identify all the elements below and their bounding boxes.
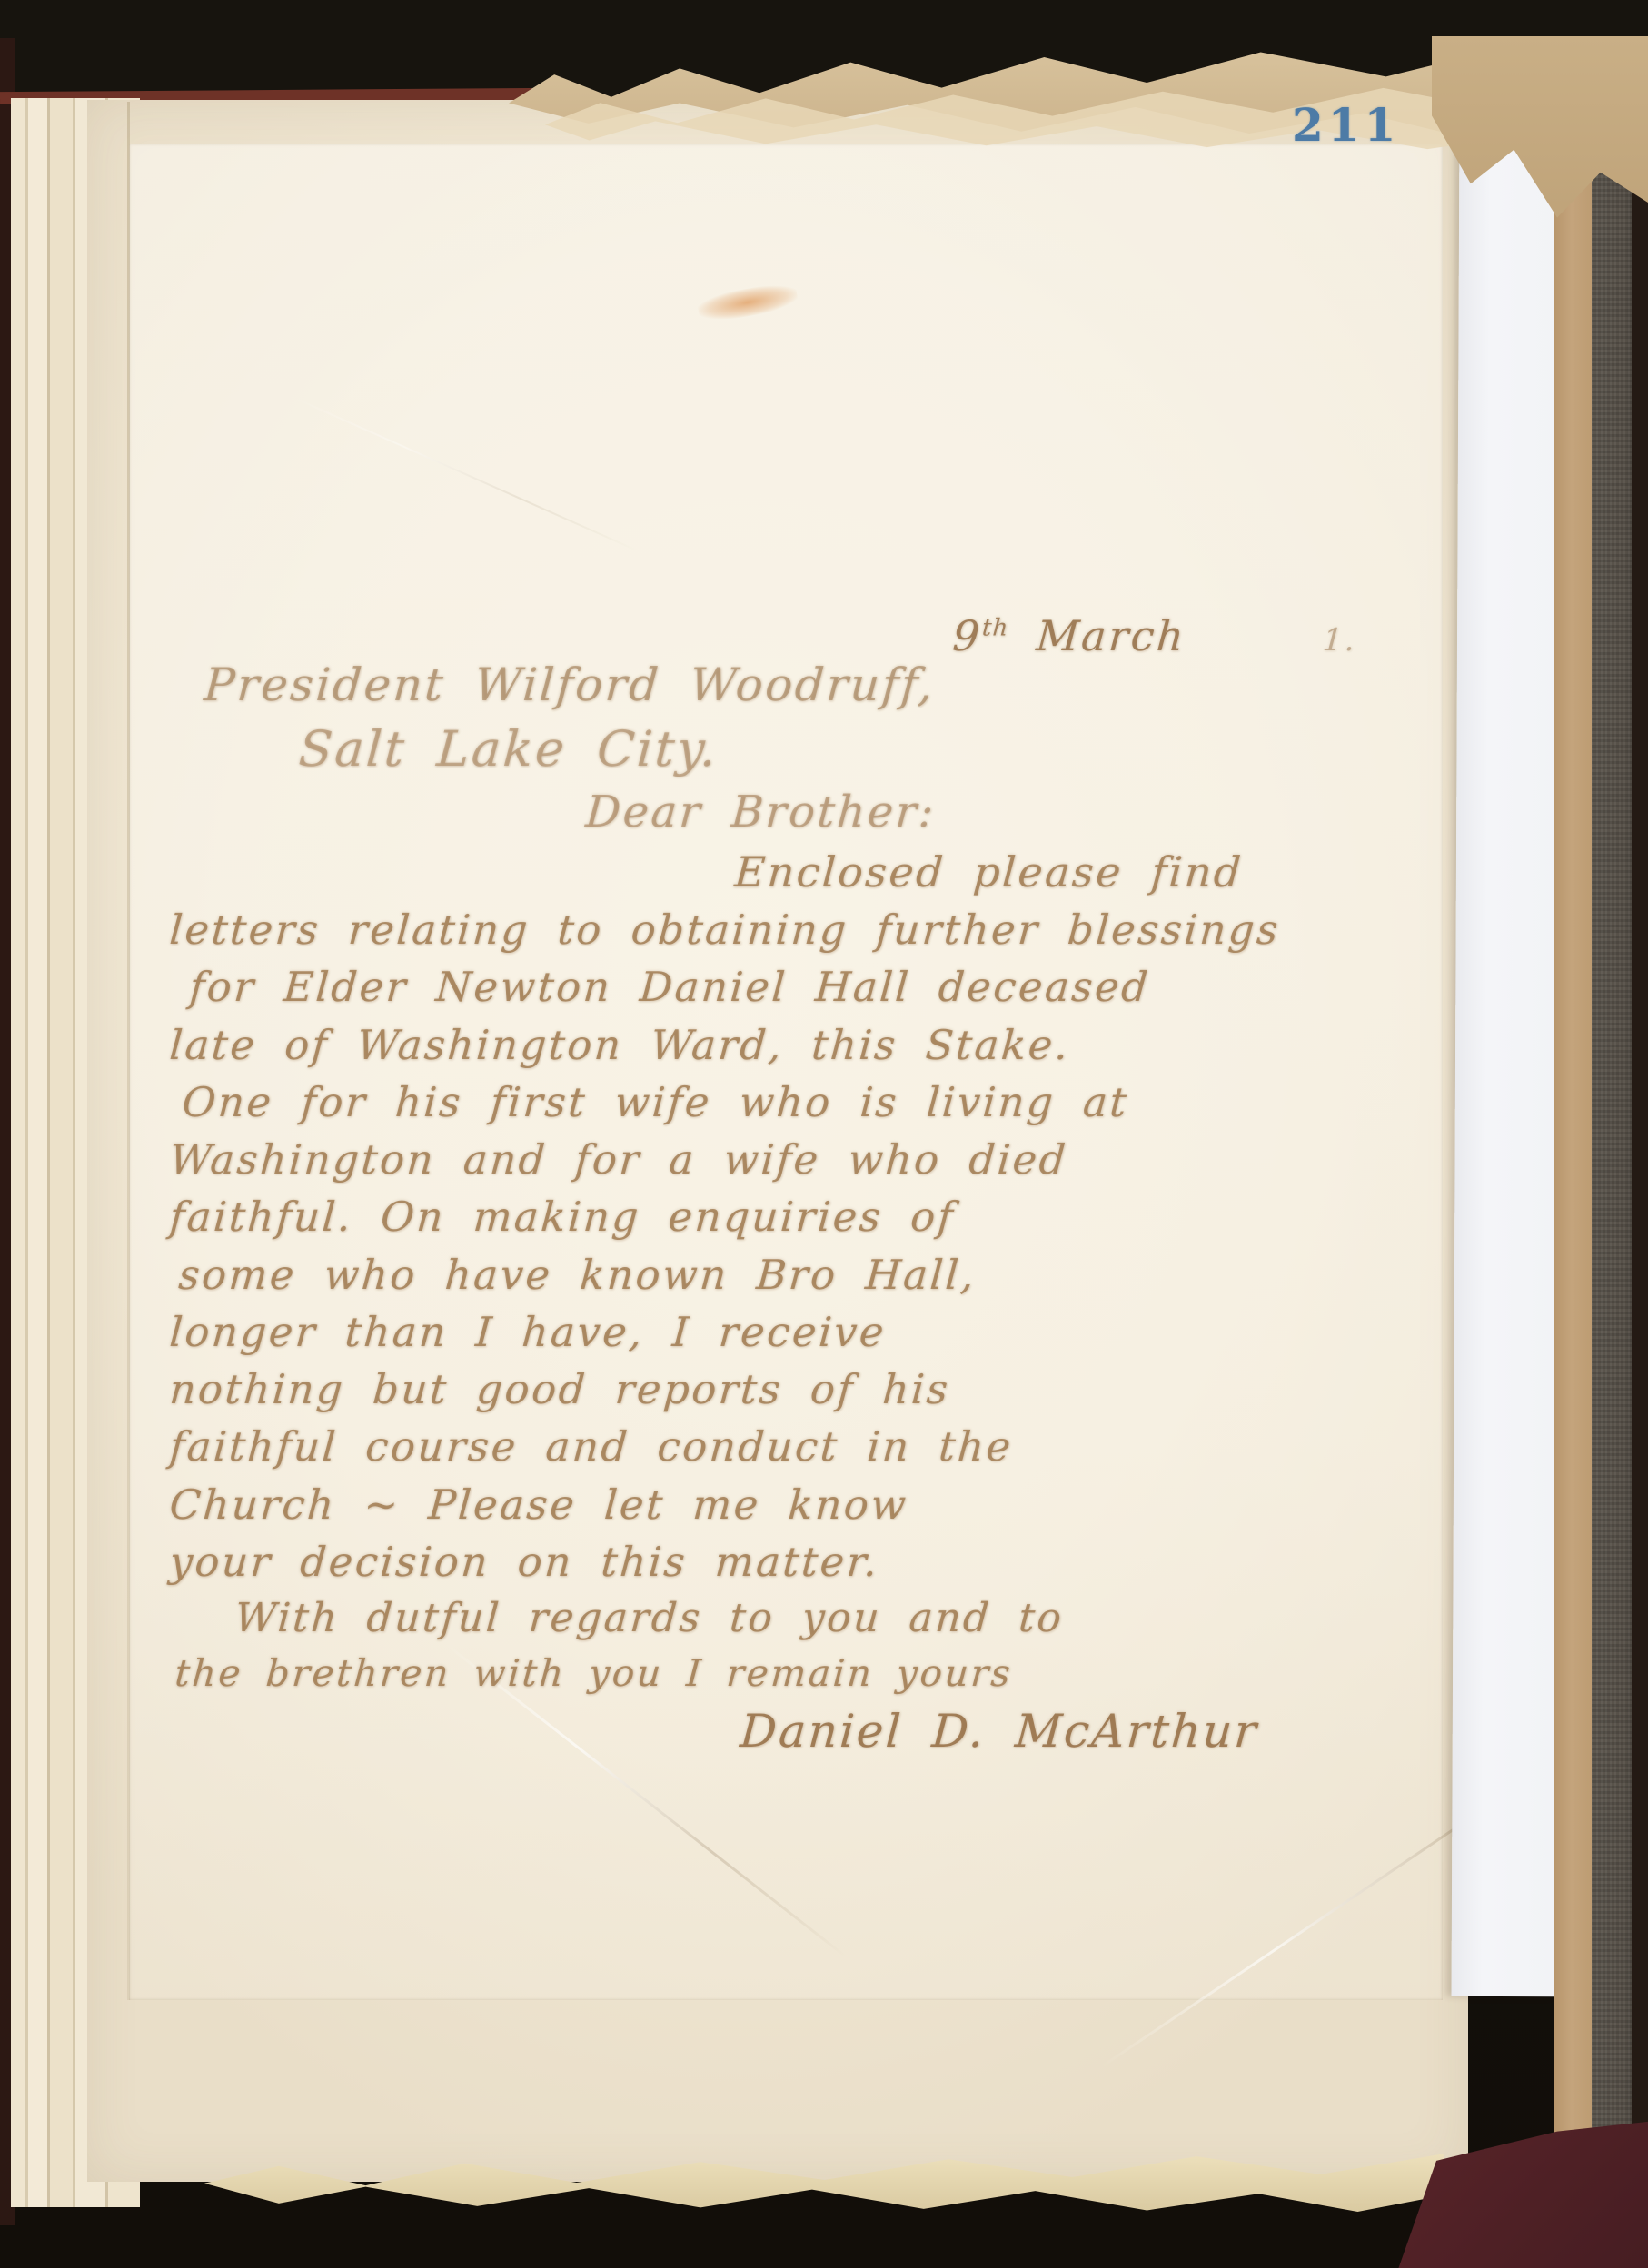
page-number: 211 xyxy=(1292,98,1400,152)
letter-recipient-name: President Wilford Woodruff, xyxy=(203,661,1444,709)
page-fold-line xyxy=(127,102,130,2000)
handwritten-letter: 9th March 1. President Wilford Woodruff,… xyxy=(168,614,1440,1770)
letter-body-line: Washington and for a wife who died xyxy=(168,1138,1443,1181)
letter-opening-line: Enclosed please find xyxy=(733,850,1443,894)
letter-body-line: letters relating to obtaining further bl… xyxy=(168,908,1443,951)
book-cover-right-edge xyxy=(1632,36,1648,2268)
letter-salutation: Dear Brother: xyxy=(584,789,1444,835)
letter-body-line: for Elder Newton Daniel Hall deceased xyxy=(188,966,1443,1008)
date-day: 9 xyxy=(951,611,984,660)
letter-closing-line: With dutful regards to you and to xyxy=(233,1598,1443,1639)
tan-page-edge-right xyxy=(1554,111,1597,2187)
letter-body-line: Church ~ Please let me know xyxy=(168,1483,1443,1526)
letter-signature: Daniel D. McArthur xyxy=(739,1708,1444,1756)
date-suffix: 1. xyxy=(1322,622,1358,659)
letter-closing-line: the brethren with you I remain yours xyxy=(174,1654,1443,1693)
letter-date-line: 9th March 1. xyxy=(951,614,1443,658)
letter-body-line: faithful. On making enquiries of xyxy=(168,1195,1443,1238)
scanned-letterbook-page: 211 9th March 1. President Wilford Woodr… xyxy=(0,0,1648,2268)
white-insert-sheet xyxy=(1451,122,1563,1996)
letter-recipient-city: Salt Lake City. xyxy=(297,724,1444,776)
letter-body-line: late of Washington Ward, this Stake. xyxy=(168,1024,1443,1066)
date-ordinal: th xyxy=(981,615,1009,642)
letter-body-line: faithful course and conduct in the xyxy=(168,1425,1443,1468)
letter-body-line: One for his first wife who is living at xyxy=(181,1081,1443,1124)
letter-body-line: longer than I have, I receive xyxy=(168,1311,1443,1353)
letter-body-line: your decision on this matter. xyxy=(168,1540,1443,1583)
date-month: March xyxy=(1035,611,1187,660)
letter-body-line: nothing but good reports of his xyxy=(168,1368,1443,1411)
letter-body-line: some who have known Bro Hall, xyxy=(177,1253,1443,1296)
